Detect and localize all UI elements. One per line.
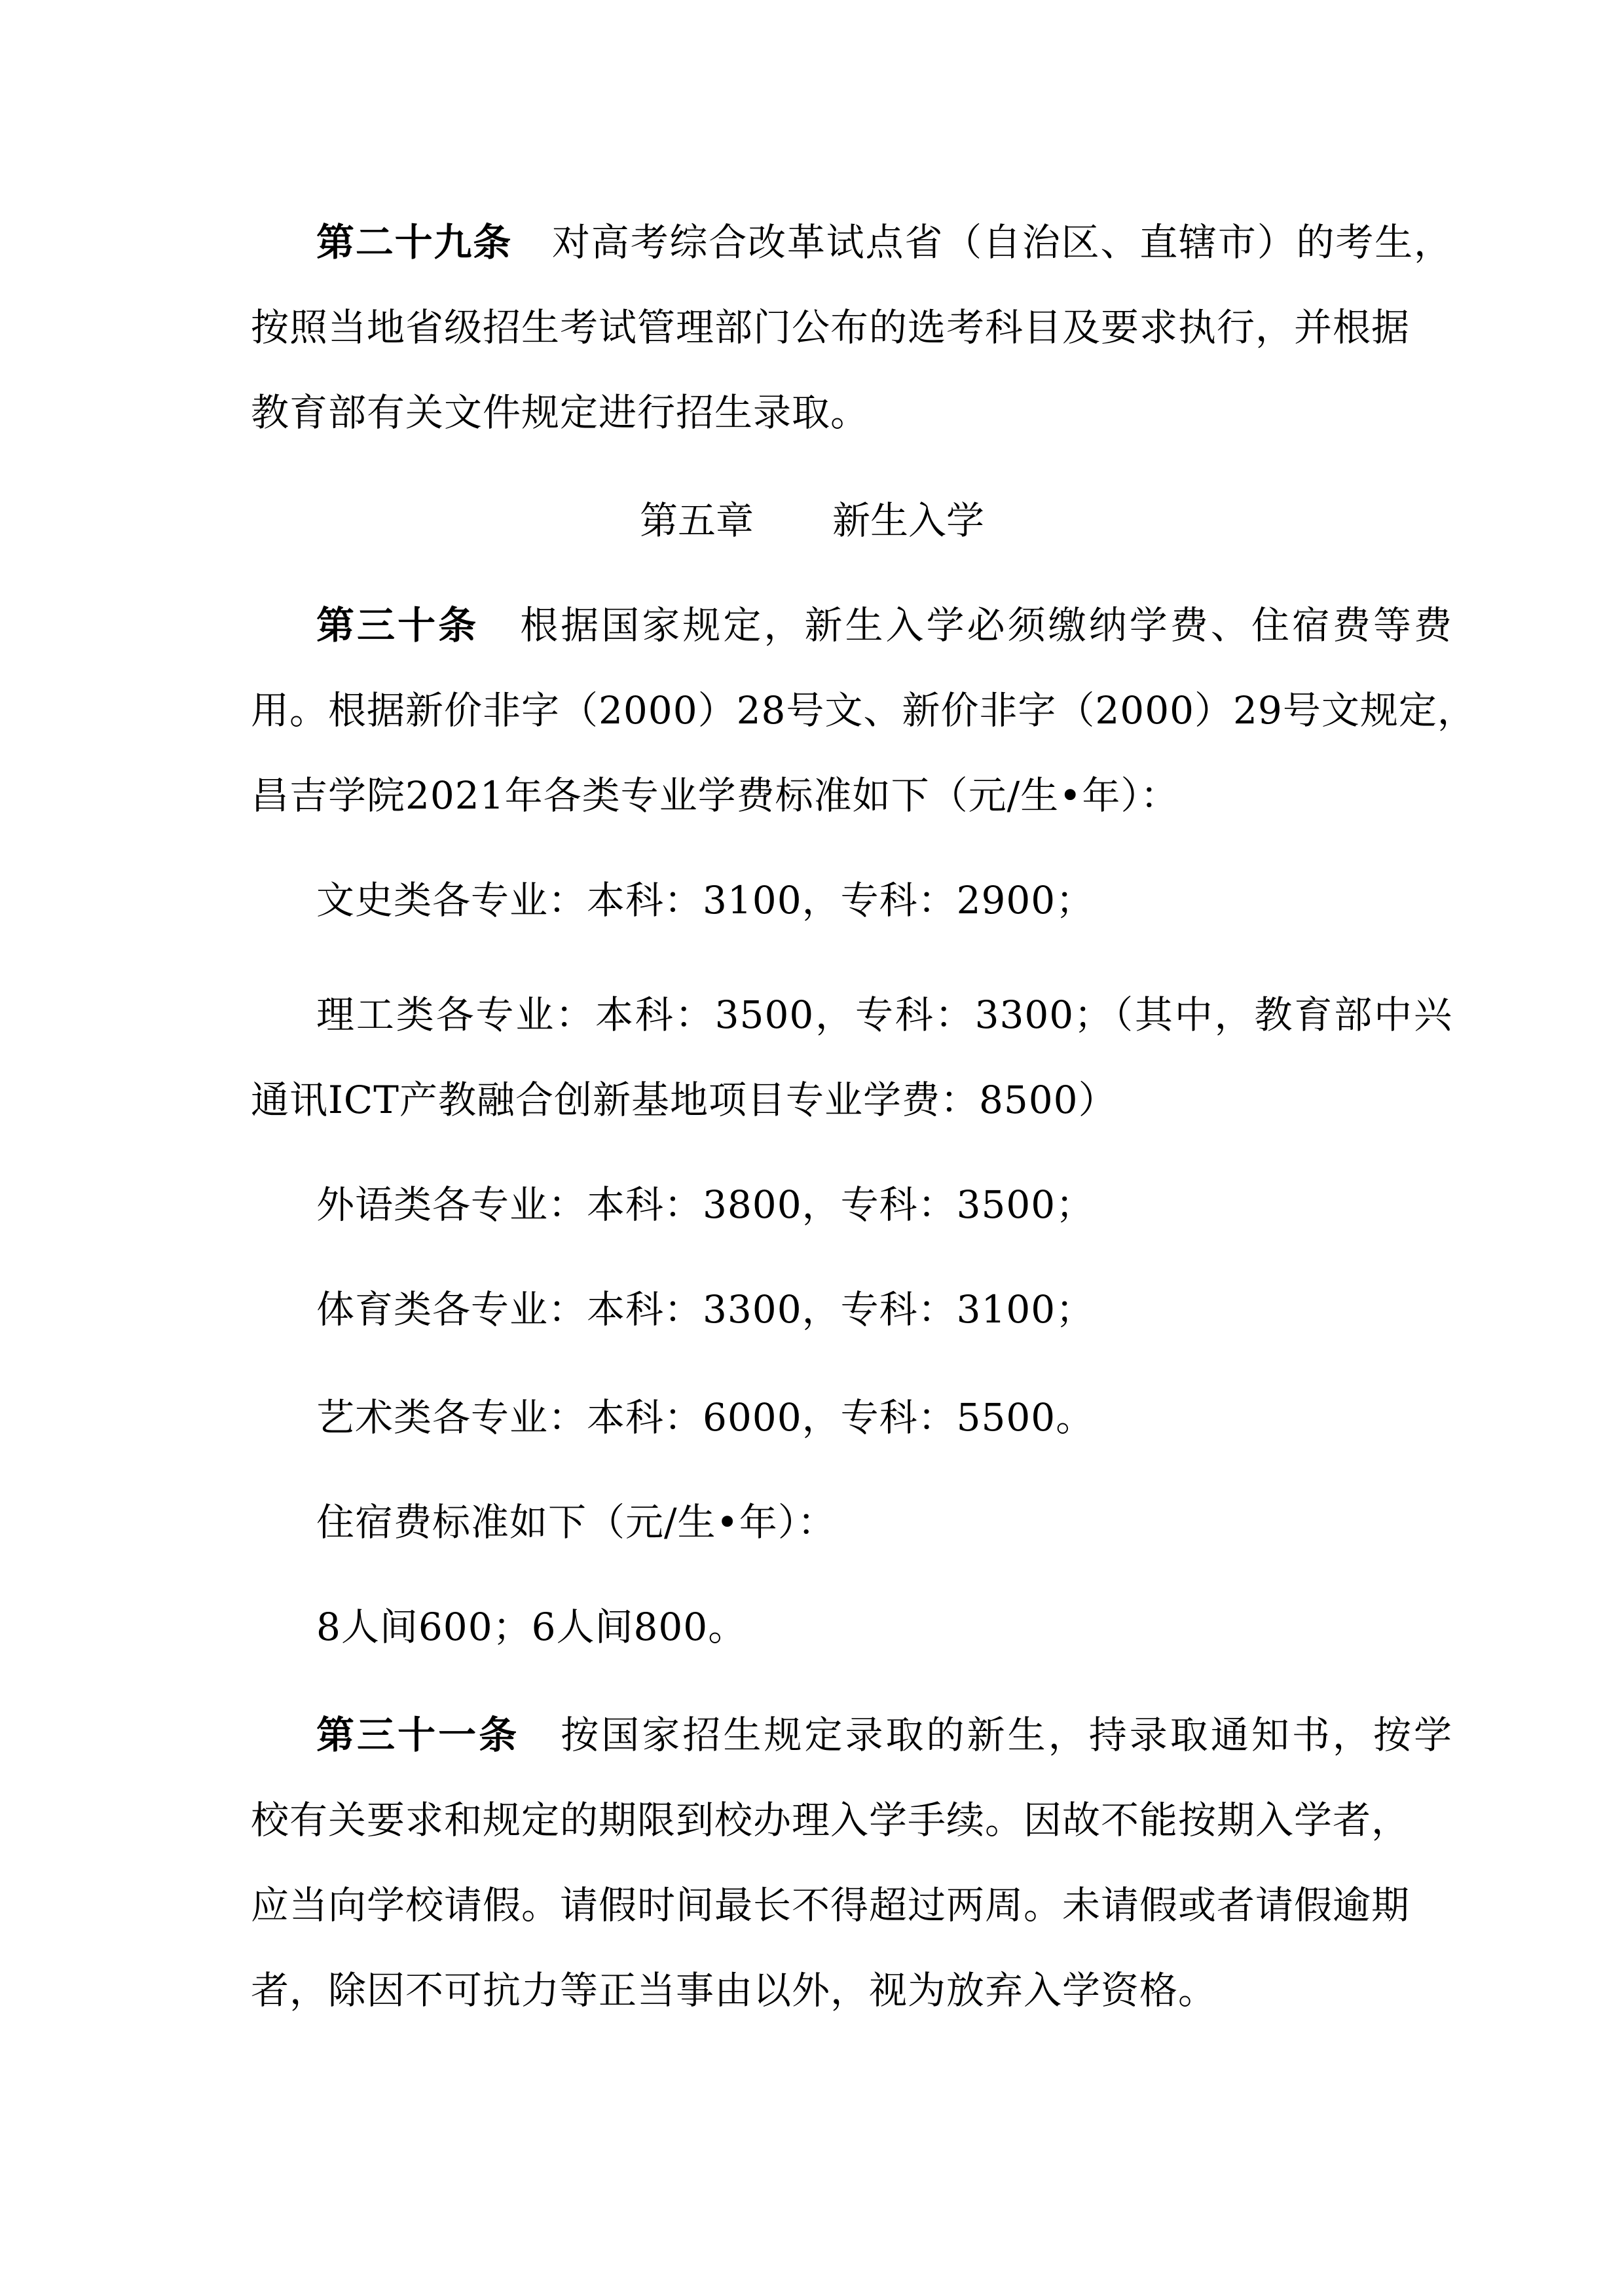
chapter-number: 第五章 — [640, 494, 754, 547]
article-31-line-4: 者，除因不可抗力等正当事由以外，视为放弃入学资格。 — [251, 1964, 1387, 2016]
article-29-line-2: 按照当地省级招生考试管理部门公布的选考科目及要求执行，并根据 — [251, 301, 1387, 354]
fee-arts-history: 文史类各专业：本科：3100，专科：2900； — [316, 874, 1452, 926]
fee-sports: 体育类各专业：本科：3300，专科：3100； — [316, 1283, 1452, 1336]
chapter-title: 新生入学 — [832, 494, 984, 547]
document-page: 第二十九条对高考综合改革试点省（自治区、直辖市）的考生， 按照当地省级招生考试管… — [0, 0, 1624, 2296]
article-31-line-3: 应当向学校请假。请假时间最长不得超过两周。未请假或者请假逾期 — [251, 1879, 1387, 1931]
article-30-line-1: 第三十条根据国家规定，新生入学必须缴纳学费、住宿费等费 — [316, 599, 1452, 651]
article-31-heading: 第三十一条 — [316, 1713, 519, 1757]
fee-ict-note: 通讯ICT产教融合创新基地项目专业学费：8500） — [251, 1074, 1387, 1126]
article-30-line-3: 昌吉学院2021年各类专业学费标准如下（元/生•年）： — [251, 769, 1387, 822]
chapter-heading: 第五章新生入学 — [0, 494, 1624, 547]
dorm-fee-title: 住宿费标准如下（元/生•年）： — [316, 1496, 1452, 1548]
dorm-fees: 8人间600；6人间800。 — [316, 1601, 1452, 1653]
fee-foreign-language: 外语类各专业：本科：3800，专科：3500； — [316, 1178, 1452, 1231]
article-30-heading: 第三十条 — [316, 603, 479, 647]
article-29-line-3: 教育部有关文件规定进行招生录取。 — [251, 386, 1387, 439]
article-29-heading: 第二十九条 — [316, 220, 512, 264]
article-30-line-2: 用。根据新价非字（2000）28号文、新价非字（2000）29号文规定， — [251, 684, 1387, 737]
article-29-line-1: 第二十九条对高考综合改革试点省（自治区、直辖市）的考生， — [316, 216, 1452, 268]
fee-science-engineering: 理工类各专业：本科：3500，专科：3300；（其中，教育部中兴 — [316, 989, 1452, 1041]
article-31-line-1: 第三十一条按国家招生规定录取的新生，持录取通知书，按学 — [316, 1709, 1452, 1761]
fee-art: 艺术类各专业：本科：6000，专科：5500。 — [316, 1391, 1452, 1444]
article-31-line-2: 校有关要求和规定的期限到校办理入学手续。因故不能按期入学者， — [251, 1794, 1387, 1846]
